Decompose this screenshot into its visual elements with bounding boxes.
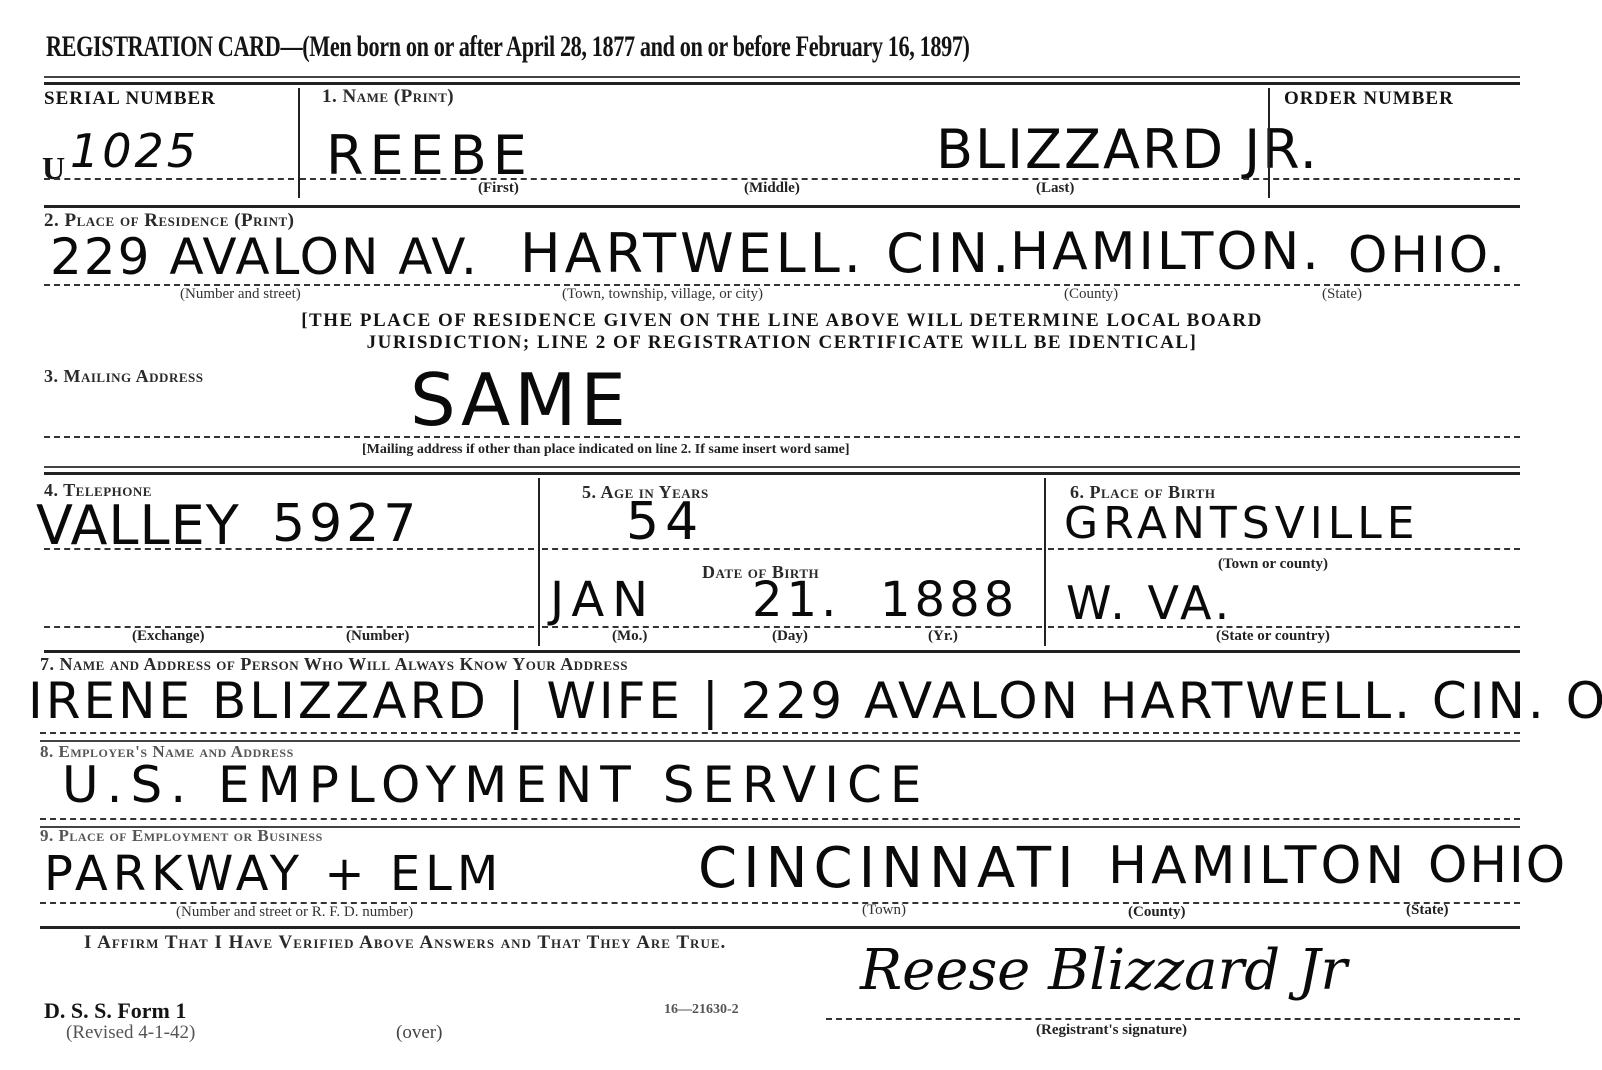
caption-town: (Town, township, village, or city) [562, 286, 763, 303]
column-divider [1044, 478, 1046, 646]
caption-state: (State) [1322, 286, 1362, 303]
caption-pob-town: (Town or county) [1218, 556, 1328, 573]
date-of-birth-year[interactable]: 1888 [880, 572, 1018, 628]
serial-number-prefix: U [42, 150, 65, 187]
pob-underline [1048, 548, 1520, 550]
employment-county[interactable]: HAMILTON [1108, 836, 1408, 896]
divider [40, 926, 1520, 929]
divider [44, 76, 1520, 78]
residence-notice-line1: [THE PLACE OF RESIDENCE GIVEN ON THE LIN… [44, 310, 1520, 332]
card-title: REGISTRATION CARD—(Men born on or after … [46, 30, 970, 64]
caption-first: (First) [478, 180, 519, 197]
registrant-signature[interactable]: Reese Blizzard Jr [860, 938, 1347, 1003]
divider [44, 650, 1520, 653]
telephone-underline [44, 548, 534, 550]
caption-pob-state: (State or country) [1216, 628, 1330, 645]
caption-month: (Mo.) [612, 628, 647, 645]
residence-town[interactable]: HARTWELL. CIN. [520, 222, 1013, 285]
form-over: (over) [396, 1022, 442, 1044]
caption-number: (Number) [346, 628, 409, 645]
form-name: D. S. S. Form 1 [44, 998, 186, 1024]
residence-notice: [THE PLACE OF RESIDENCE GIVEN ON THE LIN… [44, 310, 1520, 354]
employer-underline [40, 818, 1520, 820]
employer-value[interactable]: U.S. EMPLOYMENT SERVICE [62, 756, 930, 814]
column-divider [538, 478, 540, 646]
place-of-birth-state[interactable]: W. VA. [1066, 576, 1233, 630]
name-label: 1. Name (Print) [322, 86, 454, 108]
divider [44, 82, 1520, 85]
employment-street[interactable]: PARKWAY + ELM [44, 846, 503, 902]
caption-year: (Yr.) [928, 628, 958, 645]
signature-underline [826, 1018, 1520, 1020]
date-of-birth-month[interactable]: JAN [550, 572, 656, 628]
serial-number-value[interactable]: 1025 [70, 124, 199, 178]
employment-state[interactable]: OHIO [1428, 836, 1567, 894]
serial-number-label: SERIAL NUMBER [44, 88, 216, 110]
caption-day: (Day) [772, 628, 808, 645]
place-of-birth-town[interactable]: GRANTSVILLE [1064, 498, 1420, 549]
contact-underline [40, 732, 1520, 734]
caption-exchange: (Exchange) [132, 628, 205, 645]
date-of-birth-day[interactable]: 21. [752, 572, 840, 628]
divider [44, 205, 1520, 208]
order-number-label: ORDER NUMBER [1284, 88, 1454, 110]
serial-underline [44, 178, 294, 180]
age-underline [542, 548, 1042, 550]
caption-county: (County) [1064, 286, 1118, 303]
divider [44, 466, 1520, 468]
caption-employment-state: (State) [1406, 902, 1448, 919]
caption-last: (Last) [1036, 180, 1074, 197]
residence-notice-line2: JURISDICTION; LINE 2 OF REGISTRATION CER… [44, 332, 1520, 354]
telephone-number[interactable]: 5927 [272, 494, 420, 554]
place-of-employment-label: 9. Place of Employment or Business [40, 826, 323, 846]
name-last[interactable]: BLIZZARD JR. [936, 118, 1319, 181]
contact-person-value[interactable]: IRENE BLIZZARD | WIFE | 229 AVALON HARTW… [28, 672, 1602, 730]
telephone-underline-2 [44, 626, 534, 628]
mailing-address-label: 3. Mailing Address [44, 366, 203, 387]
employment-town[interactable]: CINCINNATI [698, 836, 1080, 901]
form-revised: (Revised 4-1-42) [66, 1022, 195, 1044]
caption-employment-town: (Town) [862, 902, 906, 919]
affirmation-text: I Affirm That I Have Verified Above Answ… [84, 932, 726, 954]
print-code: 16—21630-2 [664, 1002, 739, 1018]
caption-employment-county: (County) [1128, 904, 1186, 921]
column-divider [1268, 88, 1270, 198]
residence-street[interactable]: 229 AVALON AV. [50, 228, 479, 286]
signature-caption: (Registrant's signature) [1036, 1022, 1187, 1039]
caption-employment-street: (Number and street or R. F. D. number) [176, 904, 413, 921]
divider [44, 472, 1520, 475]
residence-state[interactable]: OHIO. [1348, 226, 1508, 284]
caption-middle: (Middle) [744, 180, 800, 197]
mailing-underline [44, 436, 1520, 438]
caption-street: (Number and street) [180, 286, 301, 303]
column-divider [298, 88, 300, 198]
mailing-address-value[interactable]: SAME [410, 358, 630, 442]
age-value[interactable]: 54 [626, 492, 704, 552]
mailing-address-caption: [Mailing address if other than place ind… [362, 442, 850, 458]
residence-county[interactable]: HAMILTON. [1010, 222, 1322, 282]
